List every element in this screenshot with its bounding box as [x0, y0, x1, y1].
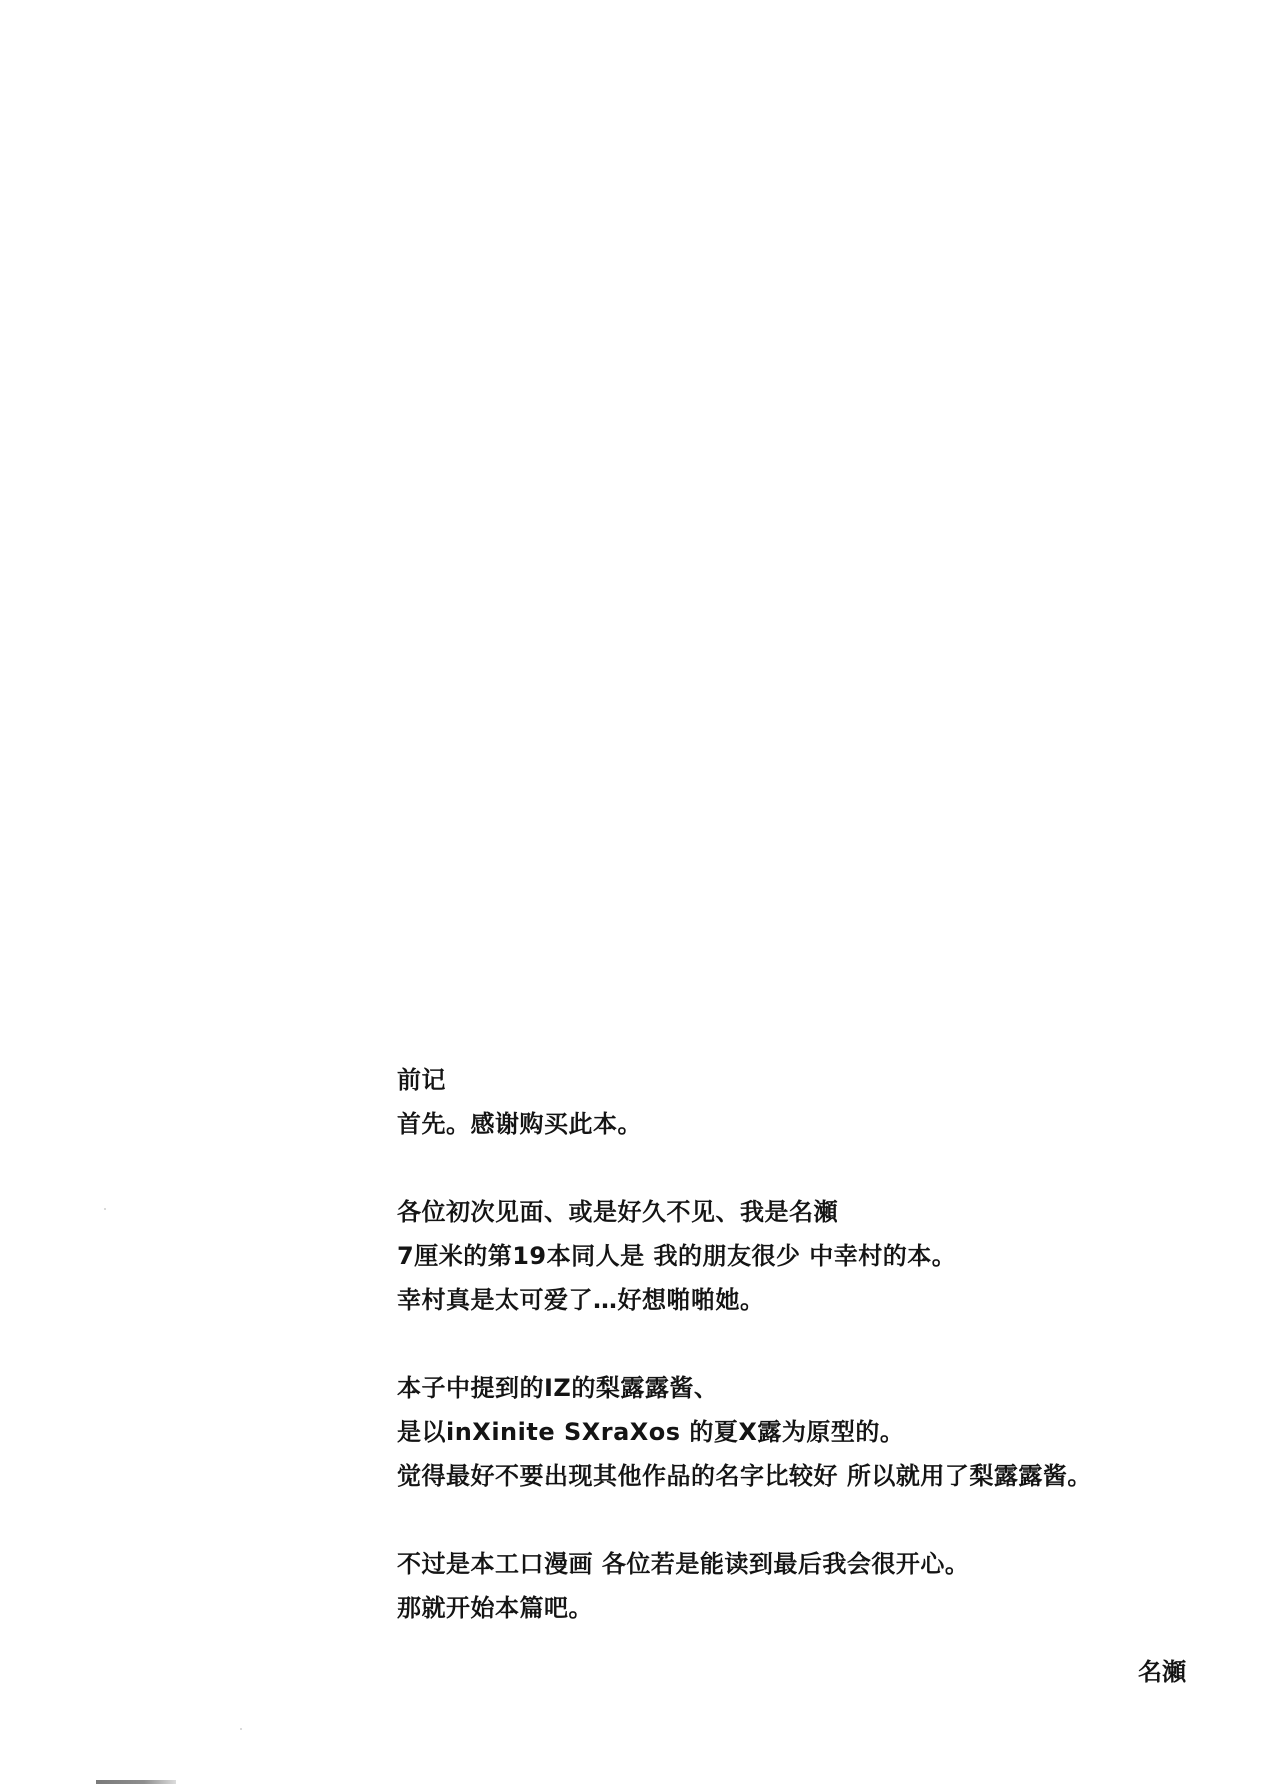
author-signature: 名瀬: [1138, 1652, 1186, 1692]
scan-speck: [104, 1208, 106, 1210]
paragraph-4-line-2: 那就开始本篇吧。: [397, 1586, 1197, 1630]
paragraph-2-line-2: 7厘米的第19本同人是 我的朋友很少 中幸村的本。: [397, 1234, 1197, 1278]
paragraph-spacer: [397, 1146, 1197, 1190]
paragraph-2-line-3: 幸村真是太可爱了…好想啪啪她。: [397, 1278, 1197, 1322]
paragraph-spacer: [397, 1498, 1197, 1542]
preface-title: 前记: [397, 1058, 1197, 1102]
scan-speck: [240, 1728, 242, 1730]
paragraph-3-line-2: 是以inXinite SXraXos 的夏X露为原型的。: [397, 1410, 1197, 1454]
preface-block: 前记 首先。感谢购买此本。 各位初次见面、或是好久不见、我是名瀬 7厘米的第19…: [397, 1058, 1197, 1630]
paragraph-spacer: [397, 1322, 1197, 1366]
scan-edge-mark: [96, 1780, 176, 1784]
paragraph-3-line-3: 觉得最好不要出现其他作品的名字比较好 所以就用了梨露露酱。: [397, 1454, 1197, 1498]
paragraph-3-line-1: 本子中提到的IZ的梨露露酱、: [397, 1366, 1197, 1410]
scanned-page: 前记 首先。感谢购买此本。 各位初次见面、或是好久不见、我是名瀬 7厘米的第19…: [0, 0, 1280, 1784]
paragraph-2-line-1: 各位初次见面、或是好久不见、我是名瀬: [397, 1190, 1197, 1234]
paragraph-4-line-1: 不过是本工口漫画 各位若是能读到最后我会很开心。: [397, 1542, 1197, 1586]
paragraph-1-line-1: 首先。感谢购买此本。: [397, 1102, 1197, 1146]
